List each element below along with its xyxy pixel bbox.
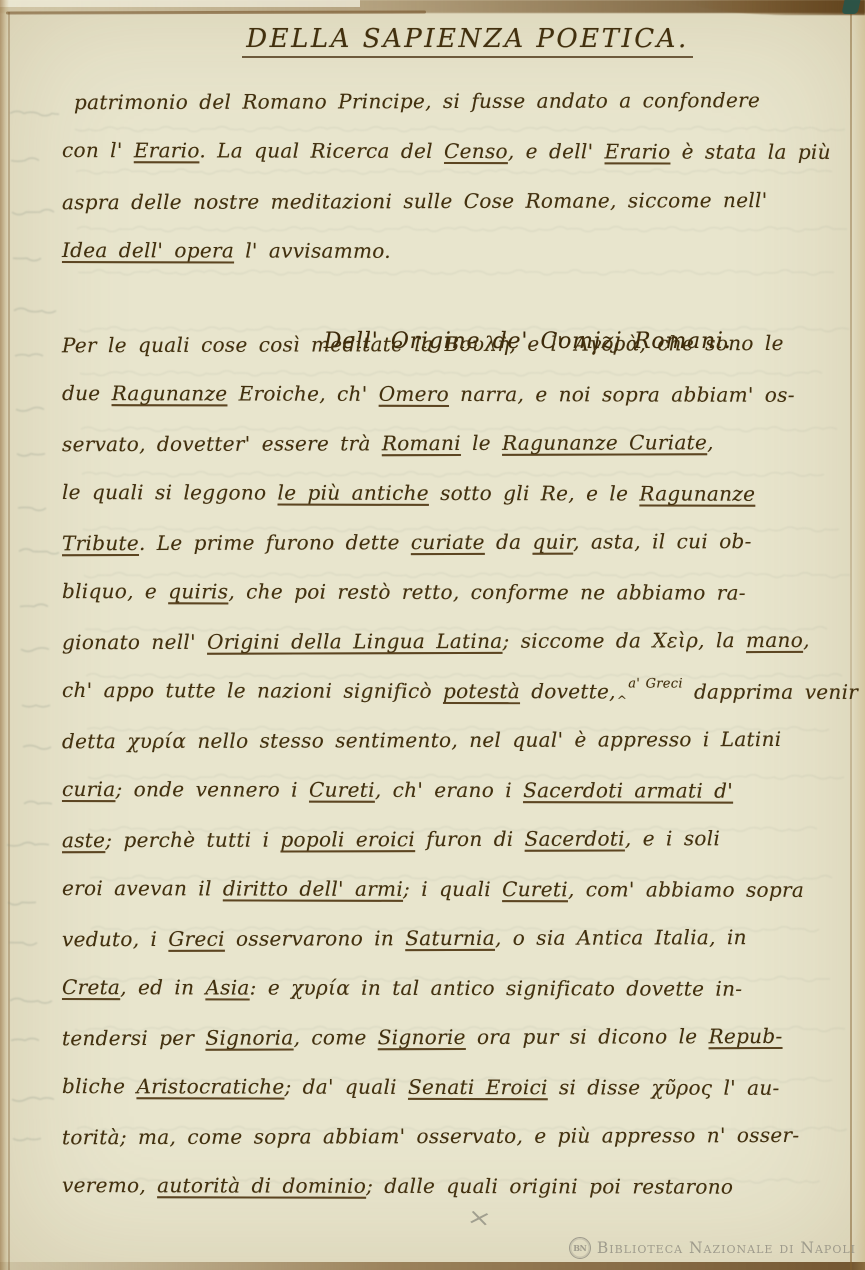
manuscript-line: detta χυρία nello stesso sentimento, nel… [62, 715, 854, 767]
manuscript-body: patrimonio del Romano Principe, si fusse… [62, 76, 854, 1211]
paragraph-2: Per le quali cose così meditate la Βουλὴ… [62, 320, 854, 1211]
manuscript-line: aste; perchè tutti i popoli eroici furon… [62, 814, 854, 866]
manuscript-line: veremo, autorità di dominio; dalle quali… [62, 1161, 854, 1212]
manuscript-line: ch' appo tutte le nazioni significò pote… [62, 666, 854, 717]
paragraph-1: patrimonio del Romano Principe, si fusse… [62, 76, 854, 276]
manuscript-line: patrimonio del Romano Principe, si fusse… [62, 75, 854, 127]
manuscript-line: Creta, ed in Asia: e χυρία in tal antico… [62, 963, 854, 1014]
manuscript-line: bliquo, e quiris, che poi restò retto, c… [62, 567, 854, 618]
manuscript-line: gionato nell' Origini della Lingua Latin… [62, 616, 854, 668]
library-monogram-letters: BN [573, 1243, 586, 1253]
page-title: DELLA SAPIENZA POETICA. [242, 24, 692, 58]
underpage-sliver [0, 0, 360, 7]
insertion-note: a' Greci [628, 676, 683, 691]
library-stamp: BN Biblioteca Nazionale di Napoli [569, 1237, 856, 1259]
manuscript-line: tendersi per Signoria, come Signorie ora… [62, 1012, 854, 1064]
bleedthrough-marginalia-left [3, 88, 59, 1172]
page-edge-bottom [0, 1262, 865, 1270]
manuscript-line: due Ragunanze Eroiche, ch' Omero narra, … [62, 369, 854, 420]
page-fold-line-left [8, 12, 10, 1270]
pencil-x-mark: × [465, 1204, 493, 1233]
manuscript-line: bliche Aristocratiche; da' quali Senati … [62, 1062, 854, 1113]
manuscript-line: con l' Erario. La qual Ricerca del Censo… [62, 125, 854, 177]
manuscript-line: veduto, i Greci osservarono in Saturnia,… [62, 913, 854, 965]
manuscript-line: eroi avevan il diritto dell' armi; i qua… [62, 864, 854, 915]
manuscript-line: aspra delle nostre meditazioni sulle Cos… [62, 175, 854, 227]
page-fold-line-top [6, 10, 426, 14]
library-monogram-icon: BN [569, 1237, 591, 1259]
manuscript-line: le quali si leggono le più antiche sotto… [62, 468, 854, 519]
manuscript-line: Per le quali cose così meditate la Βουλὴ… [62, 319, 854, 371]
library-stamp-text: Biblioteca Nazionale di Napoli [597, 1239, 856, 1257]
manuscript-line: Tribute. Le prime furono dette curiate d… [62, 517, 854, 569]
manuscript-line: Idea dell' opera l' avvisammo. [62, 225, 854, 277]
page-header: DELLA SAPIENZA POETICA. [0, 24, 865, 58]
section-heading: Dell' Origine de' Comizj Romani. [250, 276, 854, 320]
caret-mark: ^ [617, 693, 627, 707]
manuscript-line: torità; ma, come sopra abbiam' osservato… [62, 1111, 854, 1163]
manuscript-page: DELLA SAPIENZA POETICA. patrimonio del R… [0, 0, 865, 1270]
manuscript-line: curia; onde vennero i Cureti, ch' erano … [62, 765, 854, 816]
manuscript-line: servato, dovetter' essere trà Romani le … [62, 418, 854, 470]
